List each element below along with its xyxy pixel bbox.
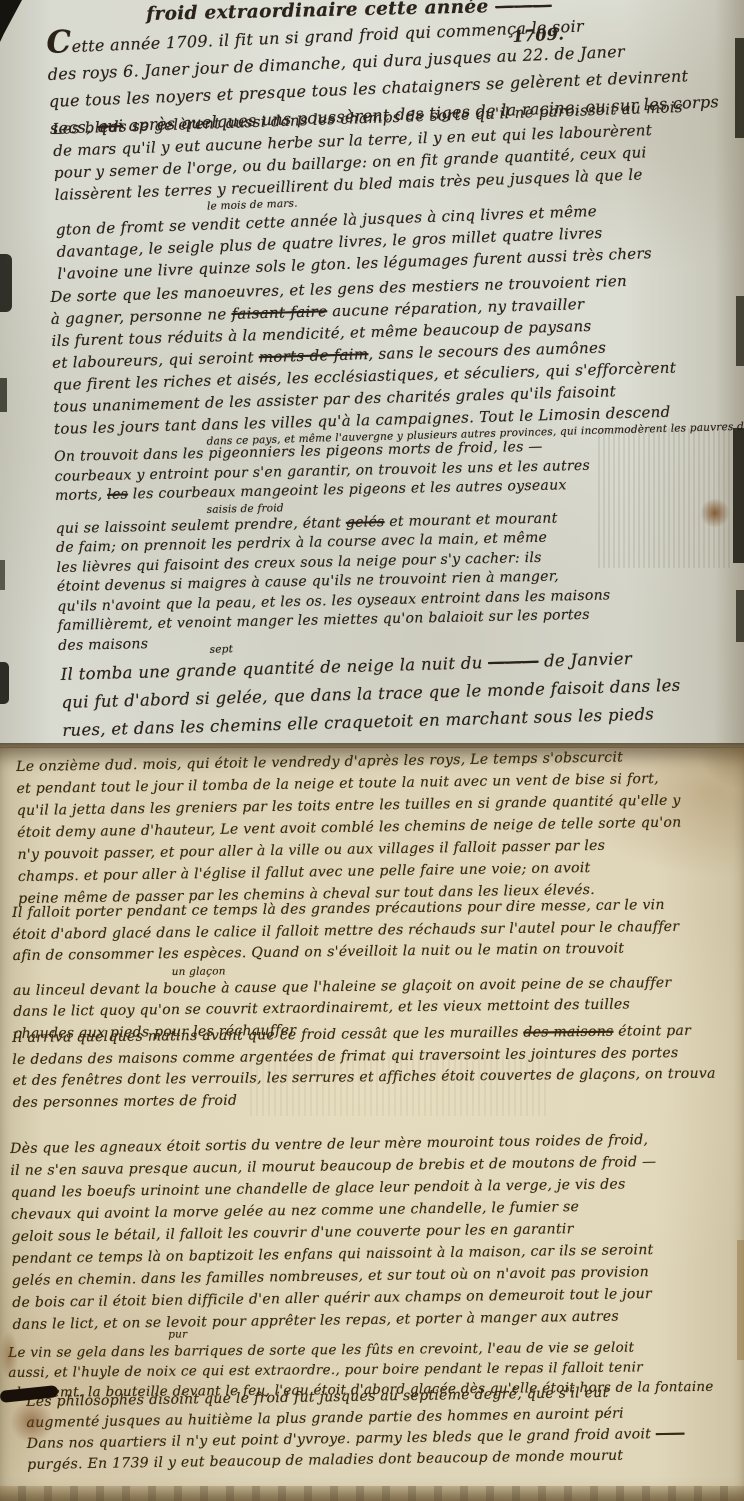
paragraph-mendicite: De sorte que les manoeuvres, et les gens… xyxy=(50,267,744,453)
struck-out-word: morts de faim xyxy=(259,345,369,366)
paragraph-pigeonniers: On trouvoit dans les pigeonniers les pig… xyxy=(54,434,744,656)
struck-out-word: faisant faire xyxy=(231,302,327,323)
paragraph-neige: septIl tomba une grande quantité de neig… xyxy=(60,629,742,745)
struck-out-word: ——— xyxy=(488,652,539,672)
struck-out-word: les xyxy=(107,486,128,502)
struck-out-word: des maisons xyxy=(523,1024,613,1041)
paragraph-murailles: Il arriva quelques matins avant que ce f… xyxy=(12,1020,735,1114)
paragraph-agneaux: Dès que les agneaux étoit sortis du vent… xyxy=(10,1128,737,1336)
manuscript-scan: froid extraordinaire cette année ——— 170… xyxy=(0,0,744,1501)
paragraph-onzieme: Le onzième dud. mois, qui étoit le vendr… xyxy=(16,745,736,910)
struck-out-word: —— xyxy=(656,1426,685,1442)
paragraph-bleds: Les bleds se gelèrent aussi dans les cha… xyxy=(52,94,744,285)
paragraph-philosophes: Les philosophes disoint que le froid fut… xyxy=(26,1381,737,1476)
struck-out-word: gelés xyxy=(346,514,385,531)
